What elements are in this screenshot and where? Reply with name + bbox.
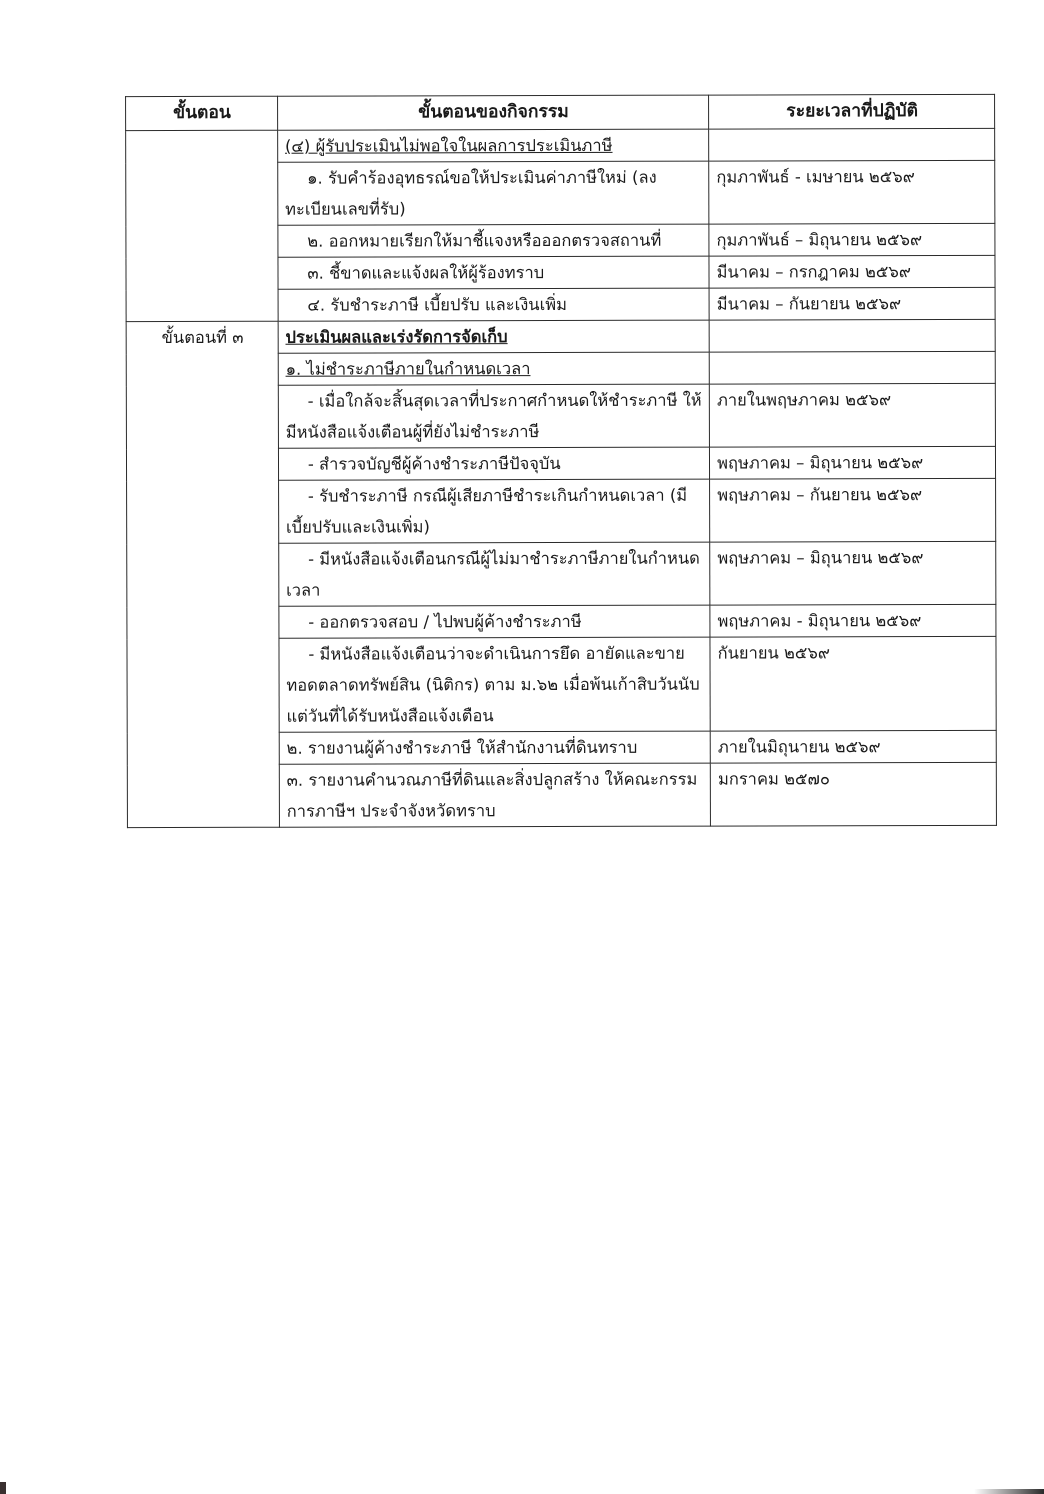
activity-cell: ๔. รับชำระภาษี เบี้ยปรับ และเงินเพิ่ม <box>278 288 709 321</box>
activity-text: - ออกตรวจสอบ / ไปพบผู้ค้างชำระภาษี <box>308 612 581 632</box>
step-cell: ขั้นตอนที่ ๓ <box>126 321 279 827</box>
activity-cell: ๒. ออกหมายเรียกให้มาชี้แจงหรือออกตรวจสถา… <box>278 224 709 257</box>
activity-text: ๔. รับชำระภาษี เบี้ยปรับ และเงินเพิ่ม <box>307 295 567 315</box>
period-cell: กุมภาพันธ์ – มิถุนายน ๒๕๖๙ <box>709 223 995 256</box>
period-cell <box>709 128 995 161</box>
activity-cell: ประเมินผลและเร่งรัดการจัดเก็บ <box>278 320 709 353</box>
activity-text: (๔) ผู้รับประเมินไม่พอใจในผลการประเมินภา… <box>285 136 613 156</box>
activity-text: - มีหนังสือแจ้งเตือนกรณีผู้ไม่มาชำระภาษี… <box>286 549 700 600</box>
activity-cell: - สำรวจบัญชีผู้ค้างชำระภาษีปัจจุบัน <box>278 447 709 480</box>
scan-artifact <box>974 1489 1044 1494</box>
activity-cell: ๒. รายงานผู้ค้างชำระภาษี ให้สำนักงานที่ด… <box>279 731 710 764</box>
activity-text: - สำรวจบัญชีผู้ค้างชำระภาษีปัจจุบัน <box>308 454 561 474</box>
activity-text: ๓. ชี้ขาดและแจ้งผลให้ผู้ร้องทราบ <box>307 263 544 283</box>
activity-cell: (๔) ผู้รับประเมินไม่พอใจในผลการประเมินภา… <box>277 129 708 162</box>
step-cell <box>126 130 278 321</box>
table-body: (๔) ผู้รับประเมินไม่พอใจในผลการประเมินภา… <box>126 128 997 827</box>
table-header-row: ขั้นตอน ขั้นตอนของกิจกรรม ระยะเวลาที่ปฏิ… <box>126 94 995 130</box>
activity-schedule-table: ขั้นตอน ขั้นตอนของกิจกรรม ระยะเวลาที่ปฏิ… <box>125 94 997 828</box>
period-cell: มกราคม ๒๕๗๐ <box>710 762 996 826</box>
period-cell: พฤษภาคม – มิถุนายน ๒๕๖๙ <box>710 541 996 605</box>
activity-text: ๒. รายงานผู้ค้างชำระภาษี ให้สำนักงานที่ด… <box>287 738 638 758</box>
activity-text: ๑. รับคำร้องอุทธรณ์ขอให้ประเมินค่าภาษีให… <box>285 168 657 219</box>
activity-cell: - รับชำระภาษี กรณีผู้เสียภาษีชำระเกินกำห… <box>278 479 709 543</box>
activity-cell: - เมื่อใกล้จะสิ้นสุดเวลาที่ประกาศกำหนดให… <box>278 384 709 448</box>
activity-text: - รับชำระภาษี กรณีผู้เสียภาษีชำระเกินกำห… <box>286 486 687 537</box>
activity-cell: ๑. ไม่ชำระภาษีภายในกำหนดเวลา <box>278 352 709 385</box>
period-cell: มีนาคม – กันยายน ๒๕๖๙ <box>709 287 995 320</box>
activity-cell: - มีหนังสือแจ้งเตือนกรณีผู้ไม่มาชำระภาษี… <box>279 542 710 606</box>
period-cell <box>709 319 995 352</box>
activity-text: - เมื่อใกล้จะสิ้นสุดเวลาที่ประกาศกำหนดให… <box>286 391 702 442</box>
scan-artifact <box>0 1482 6 1494</box>
activity-cell: ๓. รายงานคำนวณภาษีที่ดินและสิ่งปลูกสร้าง… <box>279 763 710 827</box>
activity-text: ๒. ออกหมายเรียกให้มาชี้แจงหรือออกตรวจสถา… <box>307 231 661 251</box>
header-step: ขั้นตอน <box>126 96 278 130</box>
activity-cell: - ออกตรวจสอบ / ไปพบผู้ค้างชำระภาษี <box>279 605 710 638</box>
period-cell: กันยายน ๒๕๖๙ <box>710 636 996 731</box>
activity-cell: ๑. รับคำร้องอุทธรณ์ขอให้ประเมินค่าภาษีให… <box>278 161 709 225</box>
period-cell: ภายในพฤษภาคม ๒๕๖๙ <box>709 383 995 447</box>
activity-text: ประเมินผลและเร่งรัดการจัดเก็บ <box>285 327 507 347</box>
period-cell: พฤษภาคม – มิถุนายน ๒๕๖๙ <box>710 446 996 479</box>
activity-cell: ๓. ชี้ขาดและแจ้งผลให้ผู้ร้องทราบ <box>278 256 709 289</box>
period-cell: พฤษภาคม – กันยายน ๒๕๖๙ <box>710 478 996 542</box>
activity-text: - มีหนังสือแจ้งเตือนว่าจะดำเนินการยึด อา… <box>286 644 699 726</box>
period-cell: พฤษภาคม - มิถุนายน ๒๕๖๙ <box>710 604 996 637</box>
table-row: (๔) ผู้รับประเมินไม่พอใจในผลการประเมินภา… <box>126 128 995 162</box>
period-cell: ภายในมิถุนายน ๒๕๖๙ <box>710 730 996 763</box>
table-row: ขั้นตอนที่ ๓ประเมินผลและเร่งรัดการจัดเก็… <box>126 319 995 353</box>
header-activity: ขั้นตอนของกิจกรรม <box>277 95 708 130</box>
period-cell <box>709 351 995 384</box>
activity-text: ๑. ไม่ชำระภาษีภายในกำหนดเวลา <box>286 359 531 379</box>
activity-text: ๓. รายงานคำนวณภาษีที่ดินและสิ่งปลูกสร้าง… <box>287 770 698 821</box>
period-cell: กุมภาพันธ์ - เมษายน ๒๕๖๙ <box>709 160 995 224</box>
header-period: ระยะเวลาที่ปฏิบัติ <box>709 94 995 129</box>
activity-cell: - มีหนังสือแจ้งเตือนว่าจะดำเนินการยึด อา… <box>279 637 711 732</box>
period-cell: มีนาคม – กรกฎาคม ๒๕๖๙ <box>709 255 995 288</box>
